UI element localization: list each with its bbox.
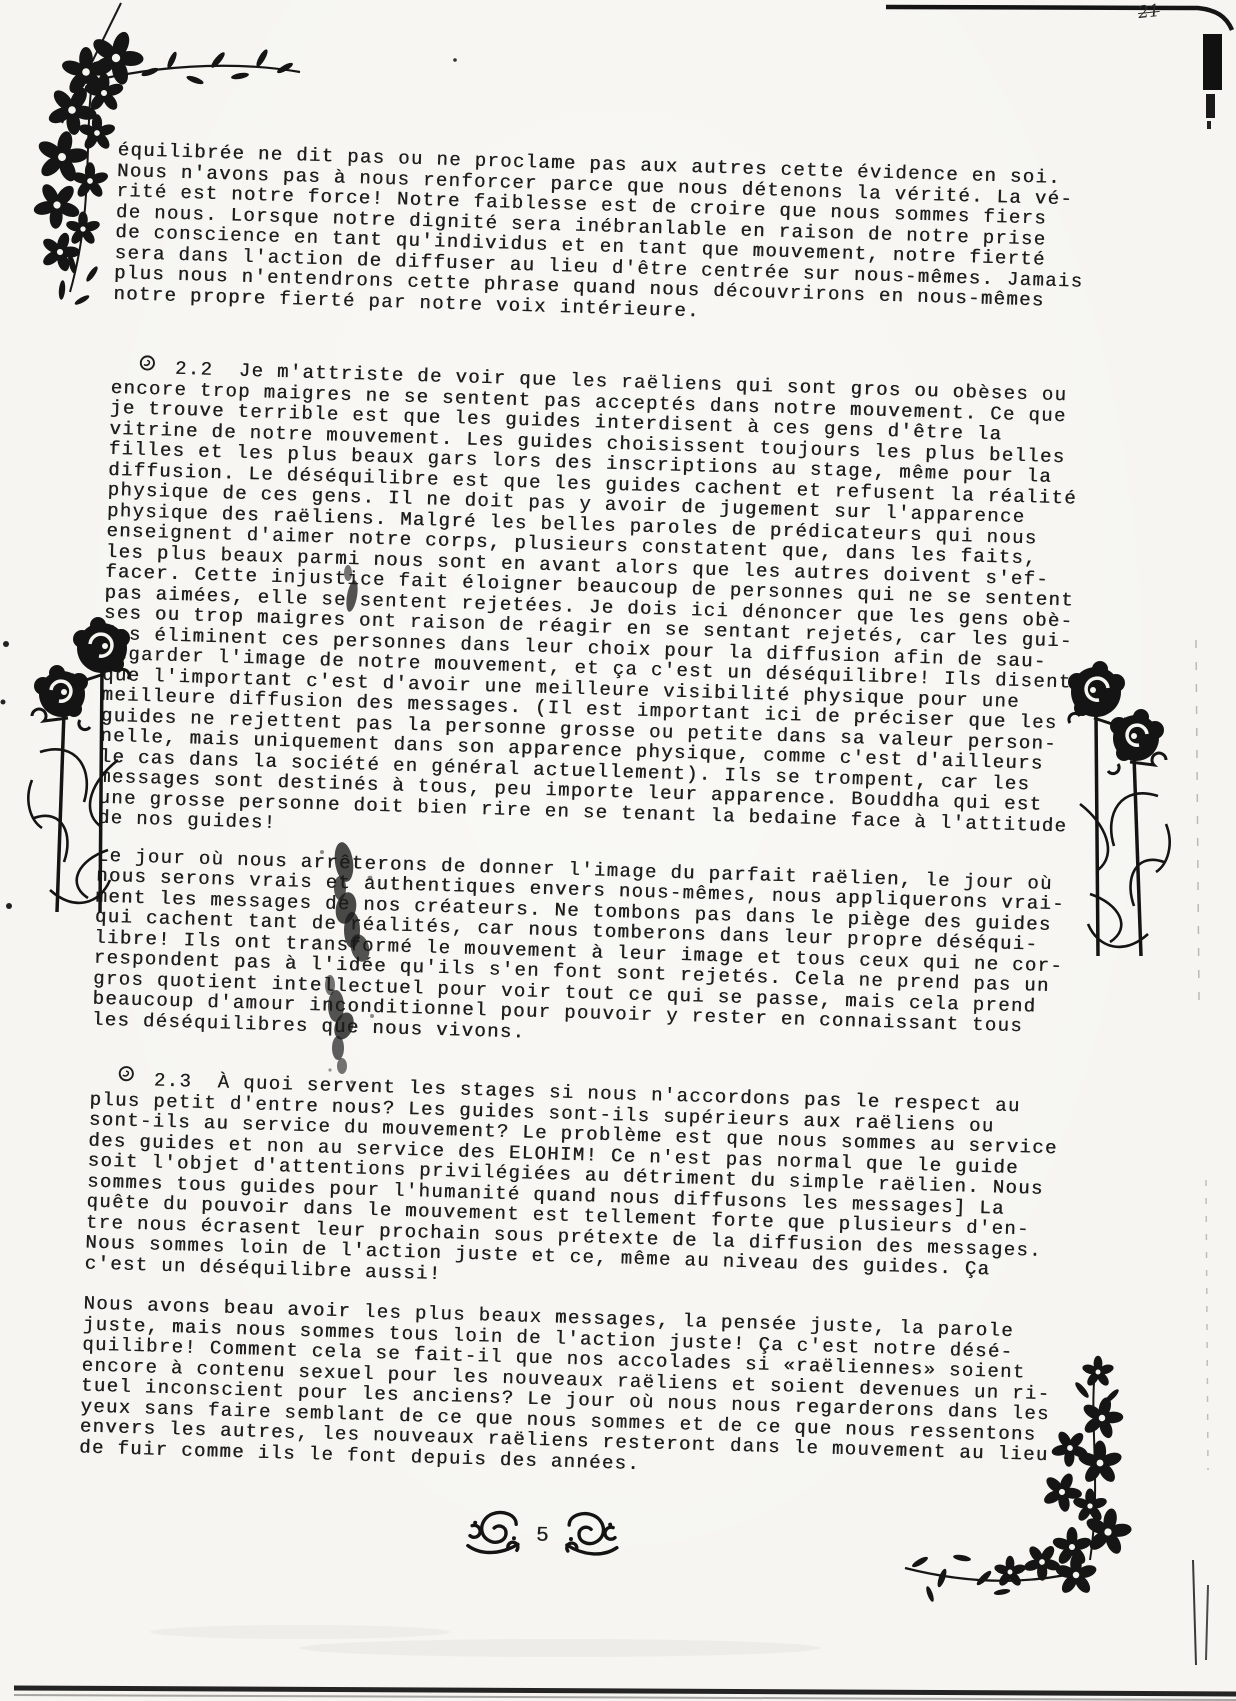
- scanned-page: équilibrée ne dit pas ou ne proclame pas…: [0, 0, 1236, 1701]
- right-edge-black-bar: [1203, 34, 1222, 90]
- handwritten-note: 21: [1137, 1, 1161, 23]
- page-number: 5: [536, 1524, 549, 1547]
- paragraph-section-2-3: 2.3 À quoi servent les stages si nous n'…: [84, 1069, 1100, 1304]
- top-edge-scan-line: [886, 7, 1232, 30]
- right-edge-streak: [1196, 640, 1199, 1000]
- paragraph-intro-continuation: équilibrée ne dit pas ou ne proclame pas…: [113, 140, 1127, 334]
- paragraph-section-2-2: 2.2 Je m'attriste de voir que les raëlie…: [98, 357, 1122, 858]
- page-footer: 5: [462, 1505, 673, 1568]
- section-2-2-marker-icon: [138, 354, 157, 373]
- bottom-edge-scan-line: [14, 1688, 1236, 1694]
- typewritten-text: équilibrée ne dit pas ou ne proclame pas…: [79, 140, 1128, 1487]
- paragraph-nous-avons-beau: Nous avons beau avoir les plus beaux mes…: [79, 1293, 1093, 1487]
- footer-swirl-left-icon: [462, 1510, 527, 1561]
- paragraph-le-jour: Le jour où nous arrêterons de donner l'i…: [92, 845, 1107, 1059]
- section-2-3-marker-icon: [117, 1064, 136, 1083]
- footer-swirl-right-icon: [558, 1511, 623, 1562]
